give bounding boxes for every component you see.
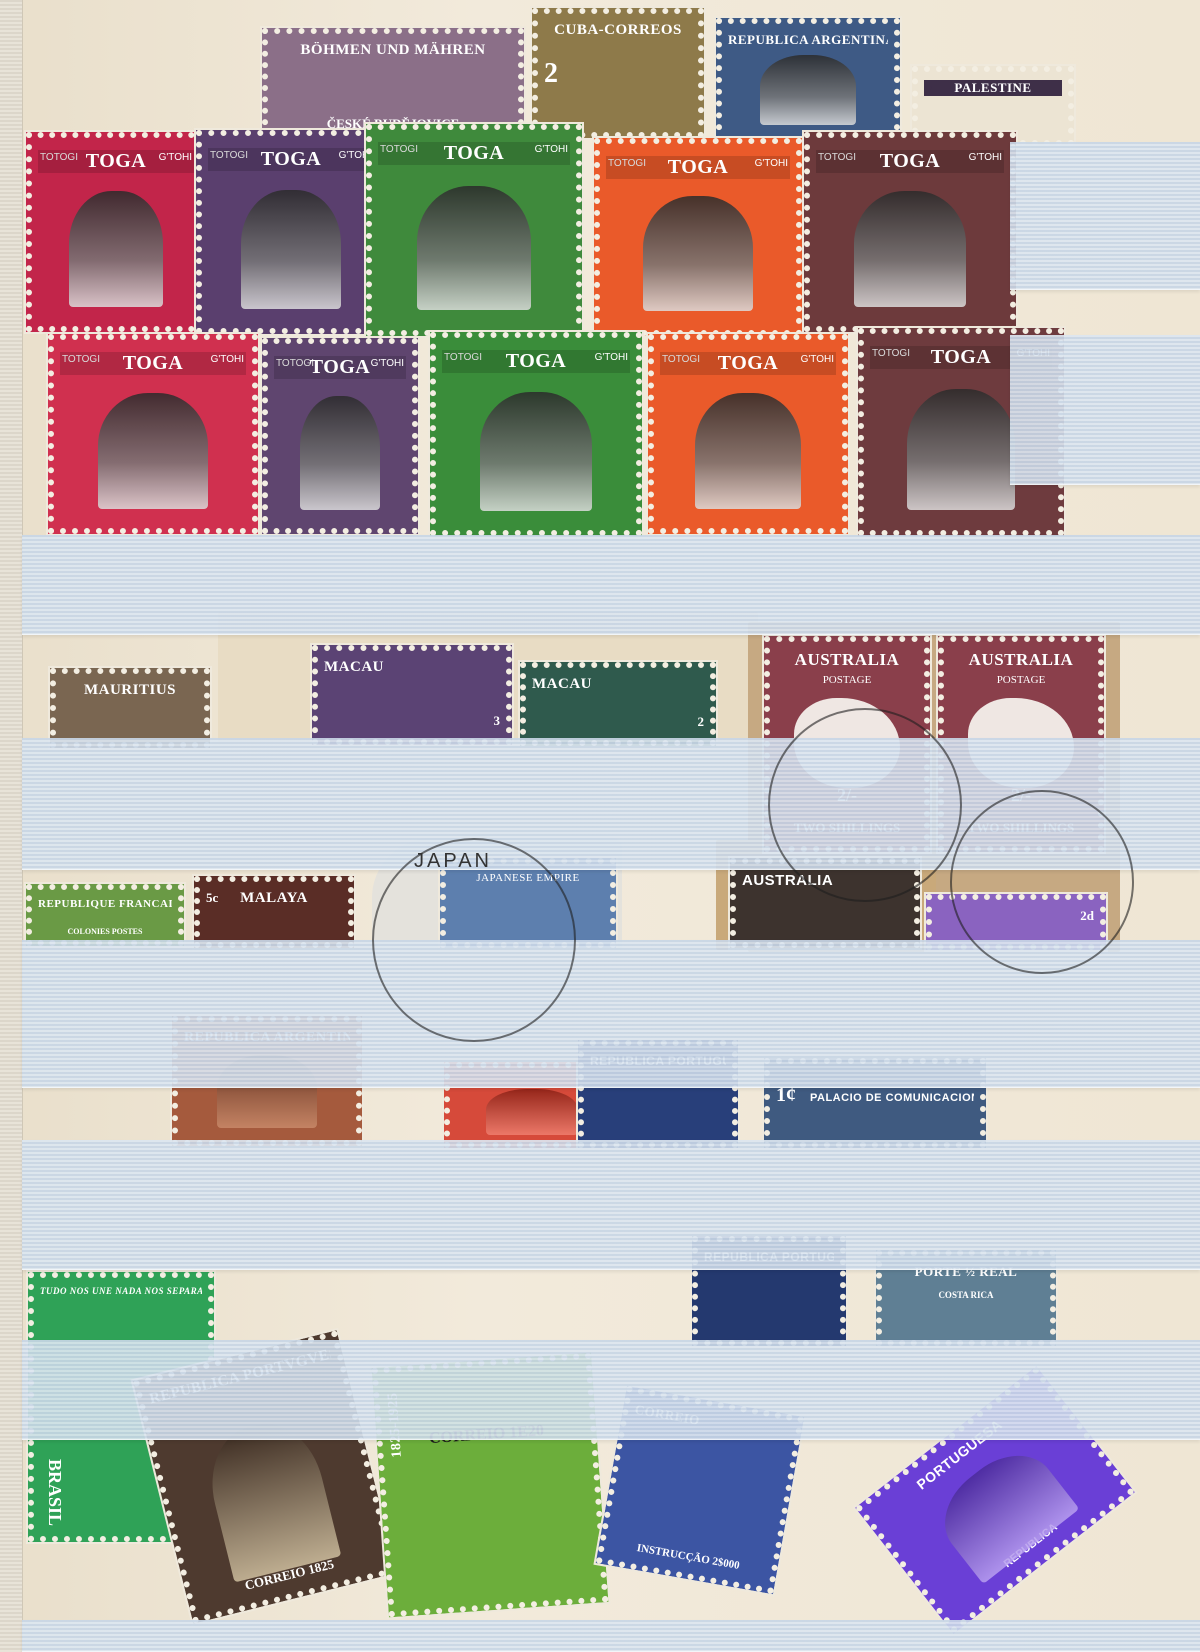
stamp-title: REPUBLICA ARGENTINA xyxy=(728,32,888,48)
stamp-right-text: G'TOHI xyxy=(371,358,404,369)
stamp-mauritius: MAURITIUS xyxy=(50,668,210,748)
stamp-value: 7 xyxy=(924,80,1062,101)
stamp-right-text: G'TOHI xyxy=(211,354,244,365)
stamp-title: AUSTRALIA xyxy=(950,650,1092,670)
glassine-strip xyxy=(22,940,1200,1088)
stamp-title: MACAU xyxy=(532,676,704,693)
stamp-argentina-1: REPUBLICA ARGENTINA xyxy=(716,18,900,142)
stamp-portrait xyxy=(760,55,856,124)
queen-portrait xyxy=(695,393,800,510)
queen-portrait xyxy=(480,392,592,511)
stamp-portrait xyxy=(486,1089,578,1135)
stamp-subtitle: BRASIL xyxy=(44,1459,65,1526)
stamp-toga-6: TOTOGITOGAG'TOHI xyxy=(48,334,258,534)
stamp-title: MACAU xyxy=(324,659,500,676)
stamp-postage: POSTAGE xyxy=(776,674,918,686)
stamp-toga-7: TOTOGITOGAG'TOHI xyxy=(262,338,418,534)
glassine-strip xyxy=(22,535,1200,635)
stamp-toga-1: TOTOGITOGAG'TOHI xyxy=(26,132,206,332)
stamp-title: AUSTRALIA xyxy=(776,650,918,670)
stamp-toga-4: TOTOGITOGAG'TOHI xyxy=(594,138,802,336)
queen-portrait xyxy=(98,393,209,510)
stamp-title: REPUBLIQUE FRANCAISE xyxy=(38,898,172,910)
glassine-strip xyxy=(1010,335,1200,485)
stamp-macau-2: MACAU 2 xyxy=(520,662,716,746)
glassine-strip xyxy=(22,1140,1200,1270)
glassine-strip xyxy=(22,738,1200,870)
stamp-right-text: G'TOHI xyxy=(159,152,192,163)
queen-portrait xyxy=(241,190,341,309)
stamp-france-colonies: REPUBLIQUE FRANCAISE COLONIES POSTES xyxy=(26,884,184,946)
glassine-strip xyxy=(22,1620,1200,1652)
stamp-value: 2 xyxy=(544,58,692,90)
stamp-macau-1: MACAU 3 xyxy=(312,645,512,745)
stamp-title: MAURITIUS xyxy=(62,682,198,699)
stamp-right-text: G'TOHI xyxy=(755,158,788,169)
queen-portrait xyxy=(907,389,1016,511)
stamp-subtitle: COSTA RICA xyxy=(888,1290,1044,1300)
stamp-right-text: G'TOHI xyxy=(801,354,834,365)
queen-portrait xyxy=(300,396,381,510)
queen-portrait xyxy=(417,186,531,310)
glassine-strip xyxy=(1010,142,1200,290)
stamp-title: AUSTRALIA xyxy=(742,872,908,889)
album-spine xyxy=(0,0,23,1652)
stamp-toga-5: TOTOGITOGAG'TOHI xyxy=(804,132,1016,332)
stamp-title: CUBA-CORREOS xyxy=(544,22,692,39)
stamp-value: 5c xyxy=(206,890,342,906)
stamp-title: JAPANESE EMPIRE xyxy=(452,872,604,884)
stamp-right-text: G'TOHI xyxy=(969,152,1002,163)
stamp-postage: POSTAGE xyxy=(950,674,1092,686)
glassine-strip xyxy=(22,1340,1200,1440)
stamp-subtitle: COLONIES POSTES xyxy=(38,927,172,936)
stamp-value: 2d xyxy=(938,908,1094,924)
stamp-right-text: G'TOHI xyxy=(535,144,568,155)
stamp-japan: JAPANESE EMPIRE xyxy=(440,858,616,948)
stamp-toga-8: TOTOGITOGAG'TOHI xyxy=(430,332,642,536)
stamp-value: 2 xyxy=(532,714,704,730)
stamp-malaya: MALAYA 5c xyxy=(194,876,354,948)
queen-portrait xyxy=(854,191,966,308)
stamp-toga-9: TOTOGITOGAG'TOHI xyxy=(648,334,848,534)
queen-portrait xyxy=(69,191,163,308)
stamp-value: 3 xyxy=(324,713,500,729)
queen-portrait xyxy=(643,196,753,311)
stamp-title: PALACIO DE COMUNICACIONES xyxy=(810,1092,974,1104)
stamp-toga-2: TOTOGITOGAG'TOHI xyxy=(196,130,386,334)
stamp-toga-3: TOTOGITOGAG'TOHI xyxy=(366,124,582,336)
stamp-title: TUDO NOS UNE NADA NOS SEPARA xyxy=(40,1286,202,1296)
stamp-australia-koala: AUSTRALIA xyxy=(730,858,920,948)
stamp-title: BÖHMEN UND MÄHREN xyxy=(274,42,512,59)
stamp-cuba-correos: CUBA-CORREOS 2 xyxy=(532,8,704,138)
stamp-right-text: G'TOHI xyxy=(595,352,628,363)
